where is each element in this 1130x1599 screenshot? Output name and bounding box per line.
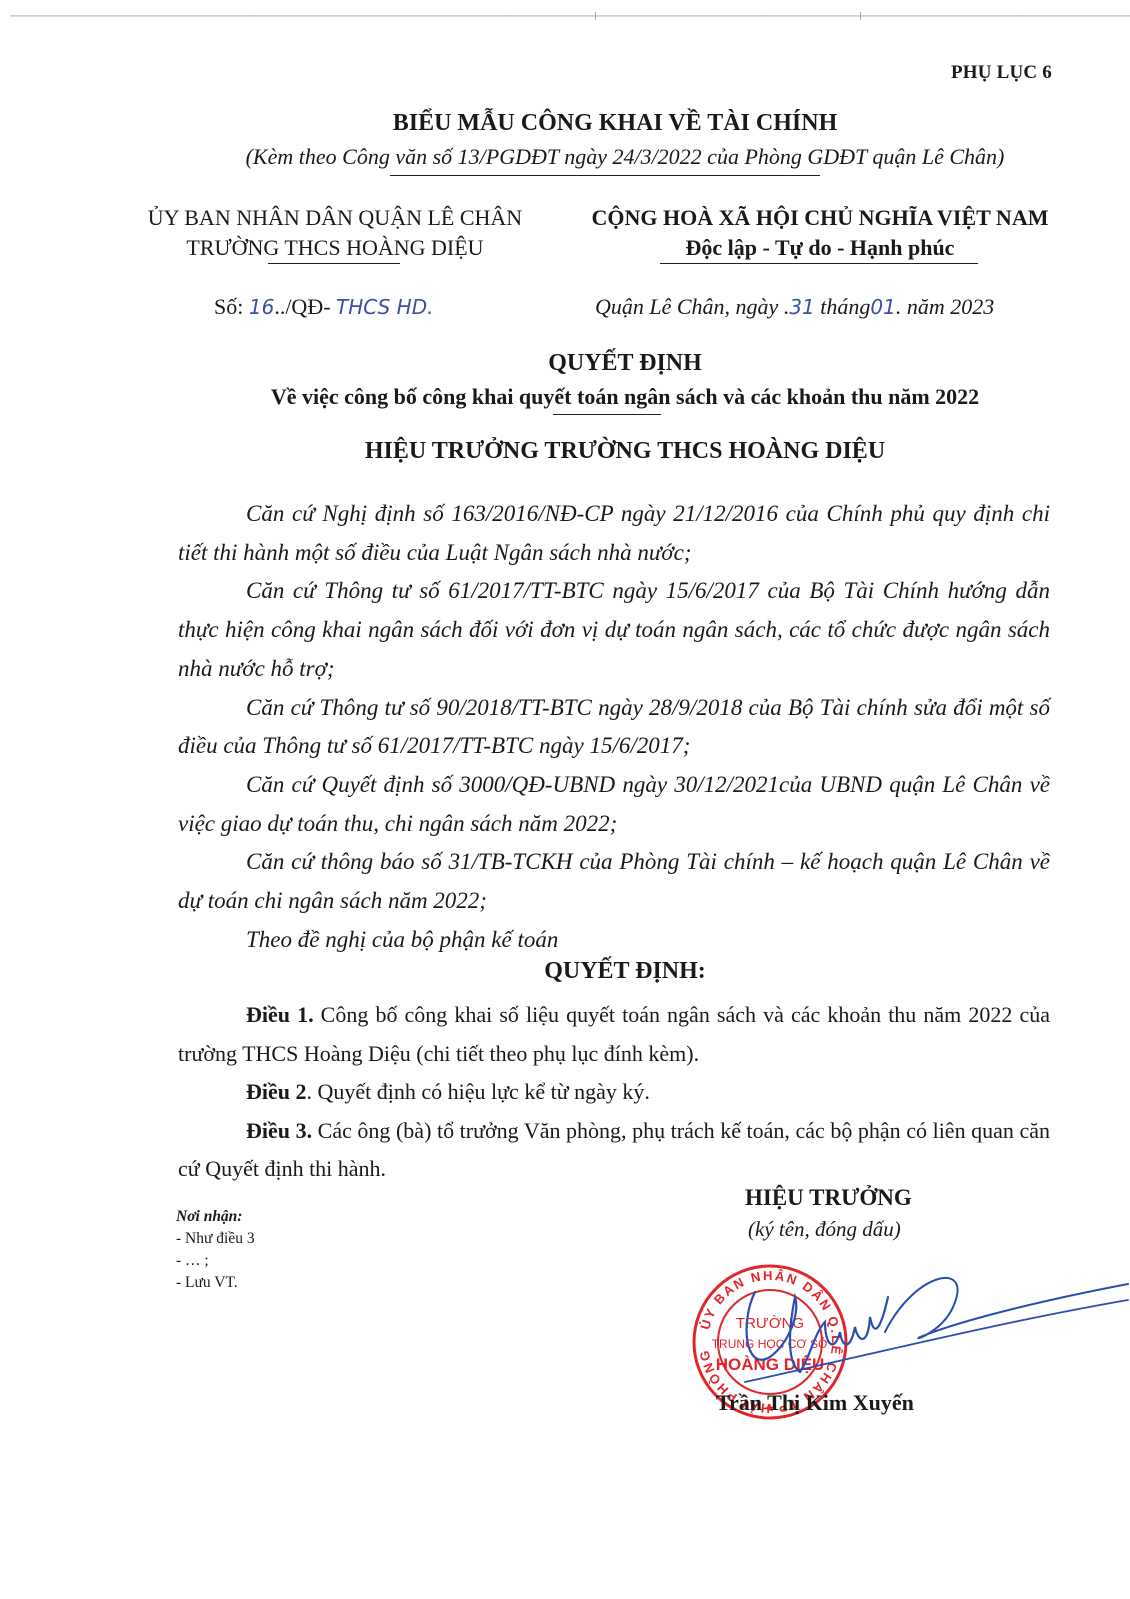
signer-title: HIỆU TRƯỞNG: [745, 1185, 912, 1211]
recipients: Nơi nhận: - Như điều 3 - … ; - Lưu VT.: [176, 1206, 255, 1294]
decision-issuer: HIỆU TRƯỞNG TRƯỜNG THCS HOÀNG DIỆU: [0, 438, 1130, 465]
legal-basis: Căn cứ Nghị định số 163/2016/NĐ-CP ngày …: [178, 495, 1050, 572]
handwritten-signature-icon: [740, 1262, 1130, 1392]
article-2: Điều 2. Quyết định có hiệu lực kể từ ngà…: [178, 1073, 1050, 1112]
recipient-item: - Như điều 3: [176, 1228, 255, 1250]
handwritten-month: 01: [870, 295, 895, 319]
annex-label: PHỤ LỤC 6: [951, 62, 1052, 84]
number-prefix: Số:: [214, 294, 249, 319]
recipient-item: - Lưu VT.: [176, 1272, 255, 1294]
scan-edge-line: [10, 15, 1130, 17]
articles: Điều 1. Công bố công khai số liệu quyết …: [178, 996, 1050, 1189]
article-text: . Quyết định có hiệu lực kể từ ngày ký.: [307, 1079, 650, 1104]
underline-rule: [660, 263, 978, 264]
legal-basis: Theo đề nghị của bộ phận kế toán: [178, 921, 1050, 960]
legal-bases: Căn cứ Nghị định số 163/2016/NĐ-CP ngày …: [178, 495, 1050, 959]
article-1: Điều 1. Công bố công khai số liệu quyết …: [178, 996, 1050, 1073]
underline-rule: [390, 175, 820, 176]
legal-basis: Căn cứ thông báo số 31/TB-TCKH của Phòng…: [178, 843, 1050, 920]
underline-rule: [268, 263, 400, 264]
article-label: Điều 3.: [246, 1118, 312, 1143]
signer-note: (ký tên, đóng dấu): [748, 1217, 901, 1242]
handwritten-suffix: THCS HD.: [336, 295, 433, 319]
date-middle: tháng: [815, 294, 871, 319]
article-3: Điều 3. Các ông (bà) tổ trưởng Văn phòng…: [178, 1112, 1050, 1189]
form-subtitle: (Kèm theo Công văn số 13/PGDĐT ngày 24/3…: [0, 144, 1130, 170]
scan-mark: [595, 12, 596, 20]
authority-name: ỦY BAN NHÂN DÂN QUẬN LÊ CHÂN: [130, 203, 540, 233]
recipient-item: - … ;: [176, 1250, 255, 1272]
decision-subject: Về việc công bố công khai quyết toán ngâ…: [0, 384, 1130, 410]
form-title: BIỂU MẪU CÔNG KHAI VỀ TÀI CHÍNH: [0, 110, 1130, 137]
legal-basis: Căn cứ Thông tư số 61/2017/TT-BTC ngày 1…: [178, 572, 1050, 688]
place-and-date: Quận Lê Chân, ngày .31 tháng01. năm 2023: [595, 294, 994, 320]
decides-heading: QUYẾT ĐỊNH:: [0, 958, 1130, 985]
number-middle: ../QĐ-: [274, 294, 336, 319]
date-prefix: Quận Lê Chân, ngày .: [595, 294, 789, 319]
recipients-heading: Nơi nhận:: [176, 1206, 255, 1228]
handwritten-day: 31: [789, 295, 814, 319]
legal-basis: Căn cứ Thông tư số 90/2018/TT-BTC ngày 2…: [178, 689, 1050, 766]
underline-rule: [553, 414, 661, 415]
signer-name: Trần Thị Kim Xuyến: [716, 1390, 914, 1416]
school-name: TRƯỜNG THCS HOÀNG DIỆU: [130, 233, 540, 263]
legal-basis: Căn cứ Quyết định số 3000/QĐ-UBND ngày 3…: [178, 766, 1050, 843]
document-number: Số: 16../QĐ- THCS HD.: [214, 294, 433, 320]
article-label: Điều 2: [246, 1079, 307, 1104]
article-label: Điều 1.: [246, 1002, 314, 1027]
date-suffix: . năm 2023: [896, 294, 994, 319]
country-name: CỘNG HOÀ XÃ HỘI CHỦ NGHĨA VIỆT NAM: [560, 203, 1080, 233]
decision-title: QUYẾT ĐỊNH: [0, 350, 1130, 377]
issuing-authority: ỦY BAN NHÂN DÂN QUẬN LÊ CHÂN TRƯỜNG THCS…: [130, 203, 540, 263]
motto: Độc lập - Tự do - Hạnh phúc: [560, 233, 1080, 263]
national-motto: CỘNG HOÀ XÃ HỘI CHỦ NGHĨA VIỆT NAM Độc l…: [560, 203, 1080, 263]
handwritten-number: 16: [249, 295, 274, 319]
scan-mark: [860, 12, 861, 20]
